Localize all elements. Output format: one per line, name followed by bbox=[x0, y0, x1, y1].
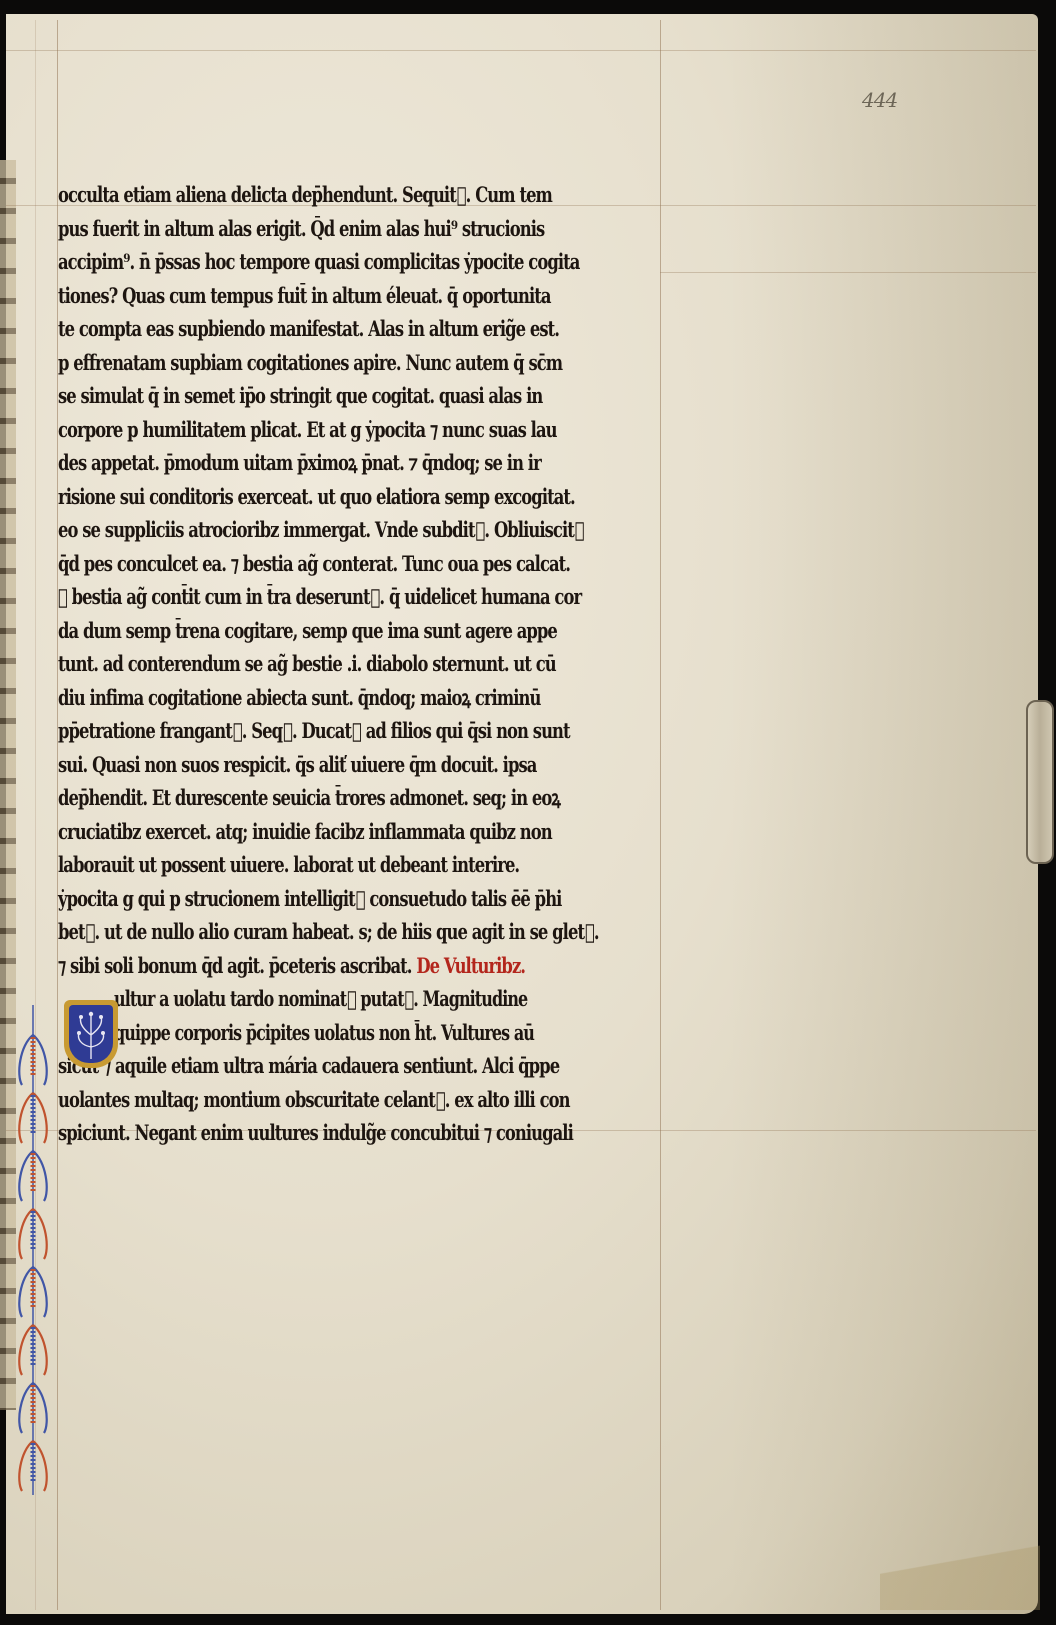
text-line: ⁊ bestia ag̃ cont̄it cum in t̄ra deserun… bbox=[58, 580, 557, 614]
chapter-line: sicut ⁊ aquile etiam ultra mária cadauer… bbox=[58, 1049, 557, 1083]
text-line: da dum semp t̄rena cogitare, semp que im… bbox=[58, 614, 557, 648]
text-line: cruciatibz exercet. atq; inuidie facibz … bbox=[58, 815, 557, 849]
text-line-content: ⁊ sibi soli bonum q̄d agit. p̄ceteris as… bbox=[58, 953, 412, 978]
main-text-column: occulta etiam aliena delicta dep̄hendunt… bbox=[58, 178, 698, 1150]
text-line: se simulat q̄ in semet ip̄o stringit que… bbox=[58, 379, 557, 413]
text-line: sui. Quasi non suos respicit. q̄s aliť u… bbox=[58, 748, 557, 782]
text-line: te compta eas supbiendo manifestat. Alas… bbox=[58, 312, 557, 346]
text-line: ⁊ sibi soli bonum q̄d agit. p̄ceteris as… bbox=[58, 949, 557, 983]
text-line: tunt. ad conterendum se ag̃ bestie .i. d… bbox=[58, 647, 557, 681]
chapter-line: quippe corporis p̄cipites uolatus non h̄… bbox=[114, 1016, 558, 1050]
text-line: q̄d pes conculcet ea. ⁊ bestia ag̃ conte… bbox=[58, 547, 557, 581]
text-line: des appetat. p̄modum uitam p̄ximoꝝ p̄nat… bbox=[58, 446, 557, 480]
chapter-line: ultur a uolatu tardo nominat᷑ putat᷑. Ma… bbox=[114, 982, 558, 1016]
ruling-line-mid bbox=[660, 272, 1036, 273]
illuminated-initial bbox=[64, 1000, 118, 1068]
text-line: corpore p humilitatem plicat. Et at g ẏp… bbox=[58, 413, 557, 447]
text-line: pus fuerit in altum alas erigit. Q̄d eni… bbox=[58, 212, 557, 246]
foliate-scroll-icon bbox=[69, 1005, 113, 1063]
text-line: dep̄hendit. Et durescente seuicia t̄rore… bbox=[58, 781, 557, 815]
text-line: laborauit ut possent uiuere. laborat ut … bbox=[58, 848, 557, 882]
text-line: ẏpocita g qui p strucionem intelligit᷑ c… bbox=[58, 882, 557, 916]
folio-number: 444 bbox=[862, 88, 897, 112]
text-line: tiones? Quas cum tempus fuit̄ in altum é… bbox=[58, 279, 557, 313]
rubric-heading: De Vulturibz. bbox=[416, 953, 525, 978]
binding-clasp bbox=[1026, 700, 1054, 864]
page-corner-fold bbox=[880, 1530, 1040, 1610]
ruling-line-top bbox=[6, 50, 1036, 51]
initial-field bbox=[69, 1005, 113, 1063]
chapter-line: uolantes multaq; montium obscuritate cel… bbox=[58, 1083, 557, 1117]
text-line: accipim⁹. n̄ p̄ssas hoc tempore quasi co… bbox=[58, 245, 557, 279]
penwork-border-decoration bbox=[8, 1005, 58, 1495]
text-line: bet᷑. ut de nullo alio curam habeat. s; … bbox=[58, 915, 557, 949]
text-line: risione sui conditoris exerceat. ut quo … bbox=[58, 480, 557, 514]
chapter-line: spiciunt. Negant enim uultures indulg̃e … bbox=[58, 1116, 557, 1150]
text-line: p effrenatam supbiam cogitationes apire.… bbox=[58, 346, 557, 380]
text-line: eo se suppliciis atrocioribz immergat. V… bbox=[58, 513, 557, 547]
text-line: pp̄etratione frangant᷑. Seq᷑. Ducat᷑ ad … bbox=[58, 714, 557, 748]
text-line: diu infima cogitatione abiecta sunt. q̄n… bbox=[58, 681, 557, 715]
text-line: occulta etiam aliena delicta dep̄hendunt… bbox=[58, 178, 557, 212]
